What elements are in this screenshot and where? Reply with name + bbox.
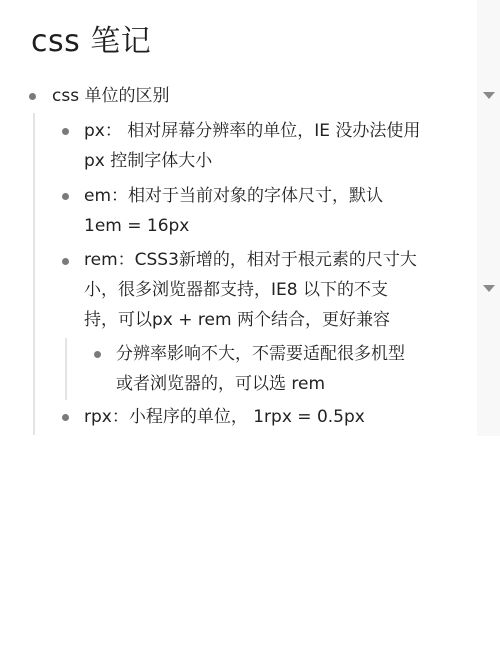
bullet-icon[interactable] [62, 258, 69, 265]
bullet-icon[interactable] [62, 128, 69, 135]
bullet-icon[interactable] [62, 193, 69, 200]
indent-guide-line [33, 113, 35, 435]
collapse-triangle-icon[interactable] [483, 92, 495, 99]
page-title: css 笔记 [31, 16, 151, 60]
indent-guide-line [65, 338, 67, 400]
bullet-icon[interactable] [94, 351, 101, 358]
outline-item-em-line1: em：相对于当前对象的字体尺寸，默认 [84, 181, 383, 211]
outline-item-px-line2: px 控制字体大小 [84, 146, 212, 176]
collapse-gutter [477, 0, 500, 436]
outline-item-px-line1: px： 相对屏幕分辨率的单位，IE 没办法使用 [84, 116, 420, 146]
outline-item-root: css 单位的区别 [52, 81, 169, 111]
outline-item-rem-line3: 持，可以px + rem 两个结合，更好兼容 [84, 305, 390, 335]
bullet-icon[interactable] [62, 414, 69, 421]
collapse-triangle-icon[interactable] [483, 285, 495, 292]
outline-item-rpx: rpx：小程序的单位， 1rpx = 0.5px [84, 402, 365, 432]
bullet-icon[interactable] [29, 93, 36, 100]
outline-item-rem-note-line2: 或者浏览器的，可以选 rem [116, 369, 325, 399]
outline-item-rem-line2: 小，很多浏览器都支持，IE8 以下的不支 [84, 275, 388, 305]
outline-item-rem-line1: rem：CSS3新增的，相对于根元素的尺寸大 [84, 245, 417, 275]
outline-item-em-line2: 1em = 16px [84, 211, 189, 241]
outline-item-rem-note-line1: 分辨率影响不大，不需要适配很多机型 [116, 339, 405, 369]
